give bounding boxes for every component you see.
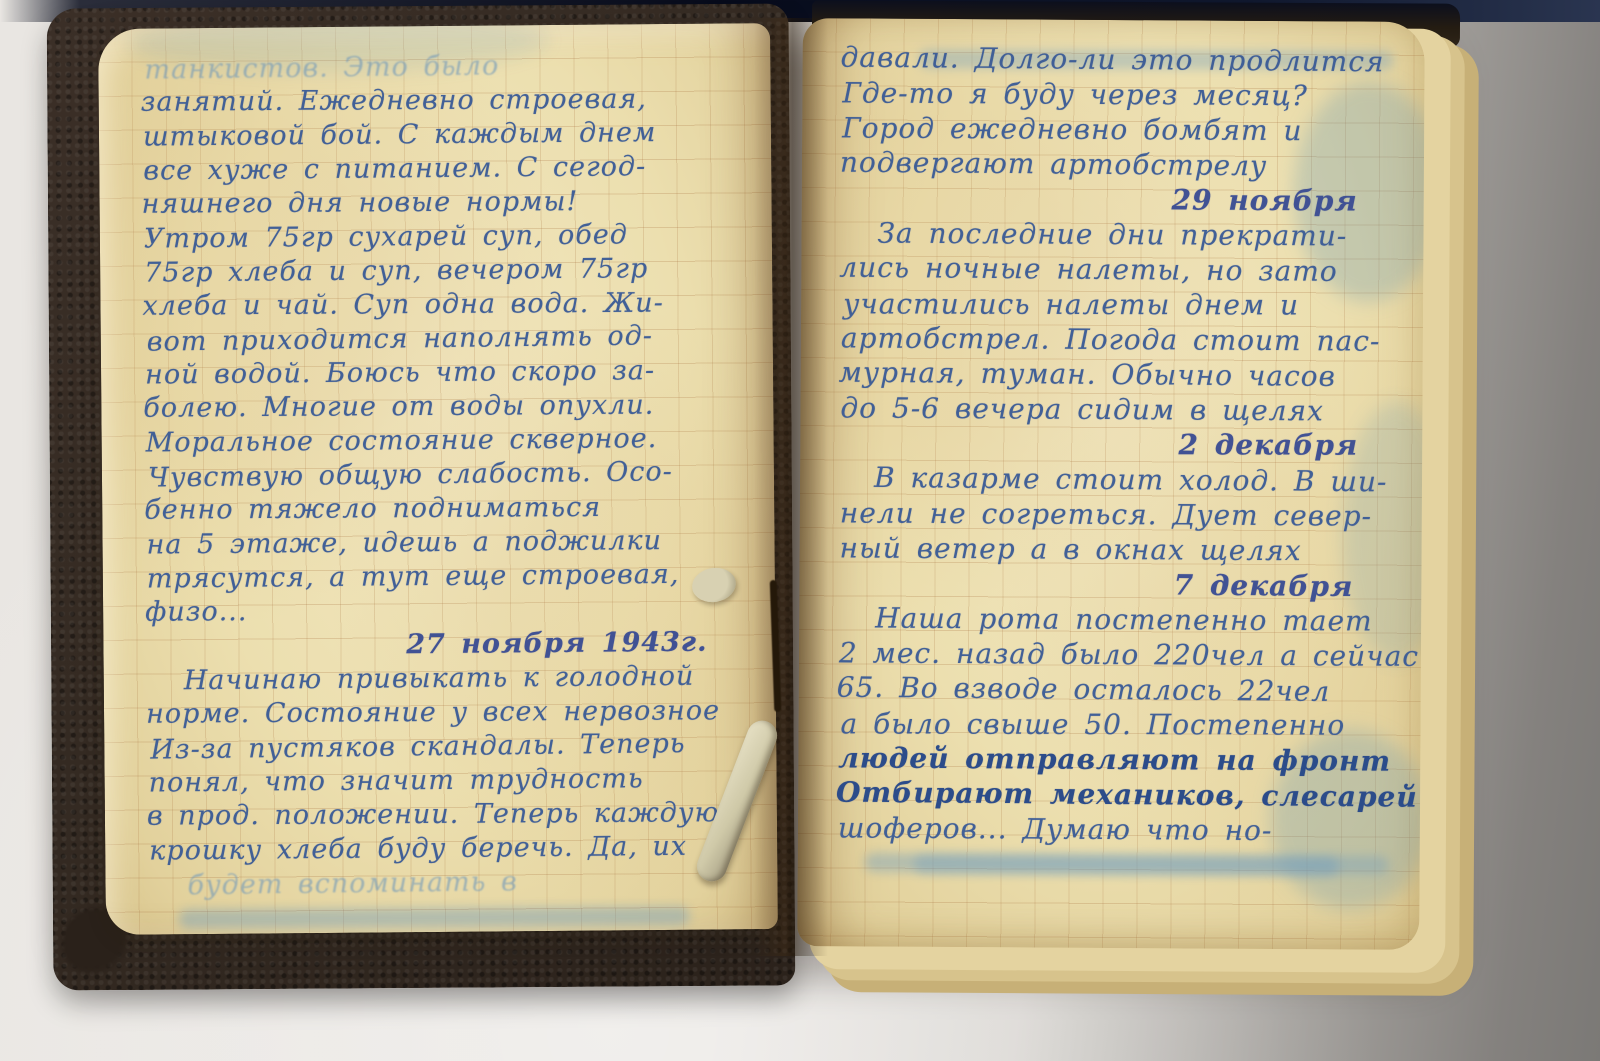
handwritten-line: болею. Многие от воды опухли. xyxy=(143,388,759,426)
handwritten-line: штыковой бой. С каждым днем xyxy=(143,115,759,154)
handwritten-line: 65. Во взводе осталось 22чел xyxy=(837,670,1409,710)
handwritten-line: 75гр хлеба и суп, вечером 75гр xyxy=(144,251,760,290)
handwritten-line: няшнего дня новые нормы! xyxy=(141,184,757,222)
handwritten-line: бенно тяжело подниматься xyxy=(144,490,760,528)
handwritten-line: В казарме стоит холод. В ши- xyxy=(838,460,1410,500)
handwritten-line: лись ночные налеты, но зато xyxy=(839,250,1411,290)
handwritten-line: ной водой. Боюсь что скоро за- xyxy=(145,353,761,392)
date-line: 27 ноября 1943г. xyxy=(147,625,763,664)
handwritten-line: Наша рота постепенно тает xyxy=(839,600,1411,638)
handwritten-line: на 5 этаже, идешь а поджилки xyxy=(146,523,762,562)
date-line: 29 ноября xyxy=(842,180,1414,218)
date-line: 2 декабря xyxy=(842,426,1414,462)
date-line: 7 декабря xyxy=(837,565,1409,605)
handwritten-line: в прод. положении. Теперь каждую xyxy=(147,796,763,834)
left-page-text: танкистов. Это былозанятий. Ежедневно ст… xyxy=(98,23,778,935)
right-page: давали. Долго-ли это продлитсяГде-то я б… xyxy=(797,18,1425,950)
handwritten-line: все хуже с питанием. С сегод- xyxy=(143,149,759,188)
handwritten-line: а было свыше 50. Постепенно xyxy=(840,706,1412,742)
handwritten-line: артобстрел. Погода стоит пас- xyxy=(841,320,1413,358)
left-page: танкистов. Это былозанятий. Ежедневно ст… xyxy=(98,23,778,935)
handwritten-line: участились налеты днем и xyxy=(843,286,1415,322)
diary-photo: танкистов. Это былозанятий. Ежедневно ст… xyxy=(0,0,1600,1061)
handwritten-line: 2 мес. назад было 220чел а сейчас xyxy=(839,635,1411,673)
right-page-text: давали. Долго-ли это продлитсяГде-то я б… xyxy=(797,18,1425,950)
handwritten-line: танкистов. Это было xyxy=(144,46,760,88)
handwritten-line: Отбирают механиков, слесарей xyxy=(836,775,1408,815)
handwritten-line: физо... xyxy=(145,592,761,630)
handwritten-line: трясутся, а тут еще строевая, xyxy=(147,557,763,596)
handwritten-line: подвергают артобстрелу xyxy=(840,145,1412,185)
handwritten-line: нели не согреться. Дует север- xyxy=(840,495,1412,533)
handwritten-line: ный ветер а в окнах щелях xyxy=(839,530,1411,568)
handwritten-line: Город ежедневно бомбят и xyxy=(842,110,1414,148)
handwritten-line: мурная, туман. Обычно часов xyxy=(839,355,1411,395)
handwritten-line: Начинаю привыкать к голодной xyxy=(148,659,764,698)
handwritten-line: Где-то я буду через месяц? xyxy=(842,75,1414,113)
handwritten-line: шоферов... Думаю что но- xyxy=(838,810,1410,848)
handwritten-line: до 5-6 вечера сидим в щелях xyxy=(840,390,1412,428)
handwritten-line: Утром 75гр сухарей суп, обед xyxy=(144,217,760,256)
handwritten-line: давали. Долго-ли это продлится xyxy=(840,40,1412,80)
handwritten-line: Чувствую общую слабость. Осо- xyxy=(148,454,764,496)
handwritten-line: За последние дни прекрати- xyxy=(841,215,1413,253)
handwritten-line: занятий. Ежедневно строевая, xyxy=(141,82,757,120)
handwritten-line: будет вспоминать в xyxy=(151,862,767,904)
handwritten-line: норме. Состояние у всех нервозное xyxy=(146,694,762,732)
handwritten-line: понял, что значит трудность xyxy=(148,761,764,800)
handwritten-line: людей отправляют на фронт xyxy=(838,740,1410,778)
handwritten-line: хлеба и чай. Суп одна вода. Жи- xyxy=(142,286,758,324)
